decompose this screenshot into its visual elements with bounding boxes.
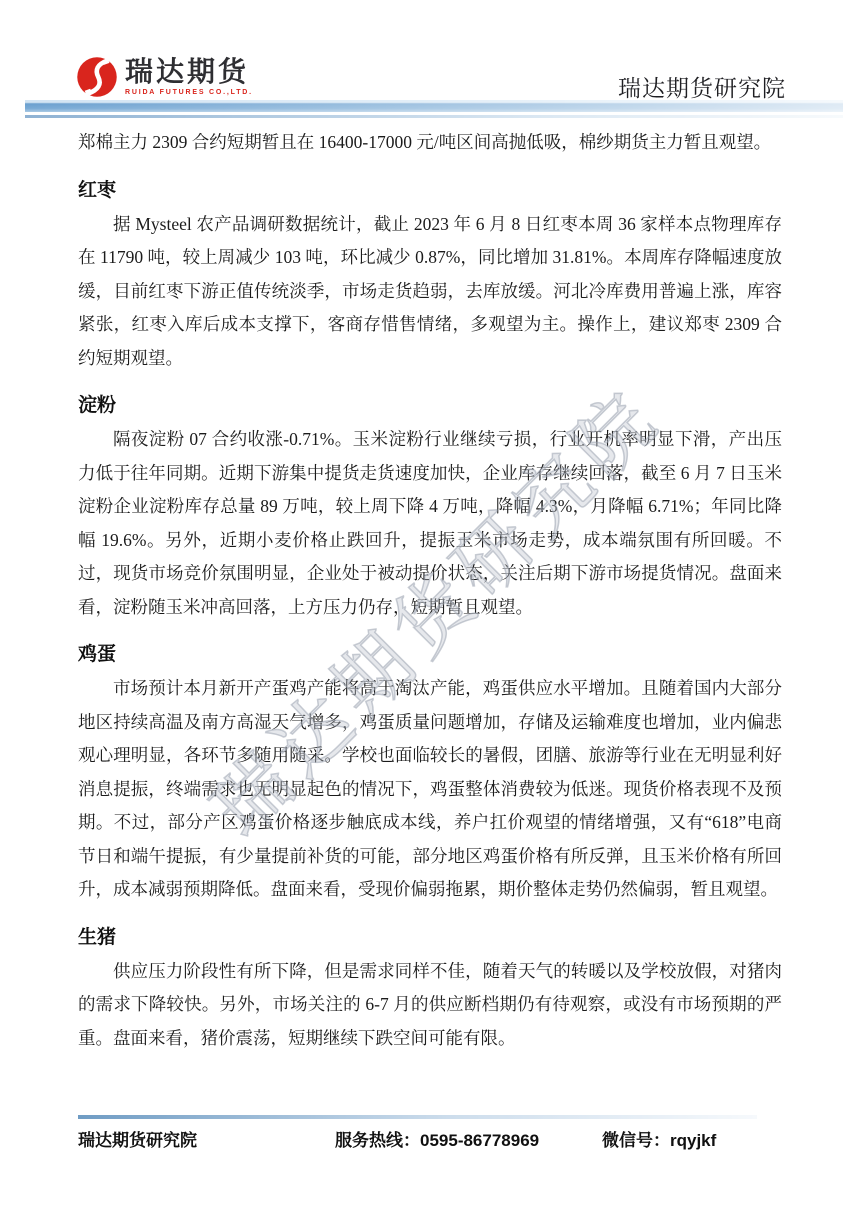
section-heading-red-dates: 红枣 [78, 178, 782, 204]
intro-paragraph: 郑棉主力 2309 合约短期暂且在 16400-17000 元/吨区间高抛低吸，… [78, 126, 782, 160]
report-body: 郑棉主力 2309 合约短期暂且在 16400-17000 元/吨区间高抛低吸，… [78, 126, 782, 1055]
company-logo: 瑞达期货 RUIDA FUTURES CO.,LTD. [76, 56, 253, 98]
brand-name-en: RUIDA FUTURES CO.,LTD. [125, 89, 253, 96]
section-heading-live-hogs: 生猪 [78, 925, 782, 951]
section-heading-starch: 淀粉 [78, 393, 782, 419]
footer-wechat-id: rqyjkf [670, 1131, 716, 1150]
section-paragraph-eggs: 市场预计本月新开产蛋鸡产能将高于淘汰产能，鸡蛋供应水平增加。且随着国内大部分地区… [78, 672, 782, 907]
footer-hotline-label: 服务热线： [335, 1131, 420, 1150]
footer-institute: 瑞达期货研究院 [78, 1126, 197, 1151]
logo-text: 瑞达期货 RUIDA FUTURES CO.,LTD. [125, 56, 253, 96]
footer-wechat-label: 微信号： [602, 1131, 670, 1150]
footer-divider-line [78, 1115, 757, 1119]
header-institute-title: 瑞达期货研究院 [618, 70, 786, 103]
section-paragraph-red-dates: 据 Mysteel 农产品调研数据统计，截止 2023 年 6 月 8 日红枣本… [78, 208, 782, 376]
footer: 瑞达期货研究院 服务热线：0595-86778969 微信号：rqyjkf [0, 1126, 860, 1154]
footer-hotline-number: 0595-86778969 [420, 1131, 539, 1150]
section-heading-eggs: 鸡蛋 [78, 642, 782, 668]
section-paragraph-live-hogs: 供应压力阶段性有所下降，但是需求同样不佳，随着天气的转暖以及学校放假，对猪肉的需… [78, 955, 782, 1056]
header-divider-bar [25, 100, 843, 112]
header-divider-line [25, 115, 843, 118]
brand-name-cn: 瑞达期货 [125, 56, 253, 88]
footer-wechat: 微信号：rqyjkf [602, 1126, 716, 1151]
report-page: 瑞达期货 RUIDA FUTURES CO.,LTD. 瑞达期货研究院 郑棉主力… [0, 0, 860, 1217]
ruida-logo-icon [76, 56, 118, 98]
footer-hotline: 服务热线：0595-86778969 [335, 1126, 539, 1151]
section-paragraph-starch: 隔夜淀粉 07 合约收涨-0.71%。玉米淀粉行业继续亏损，行业开机率明显下滑，… [78, 423, 782, 624]
